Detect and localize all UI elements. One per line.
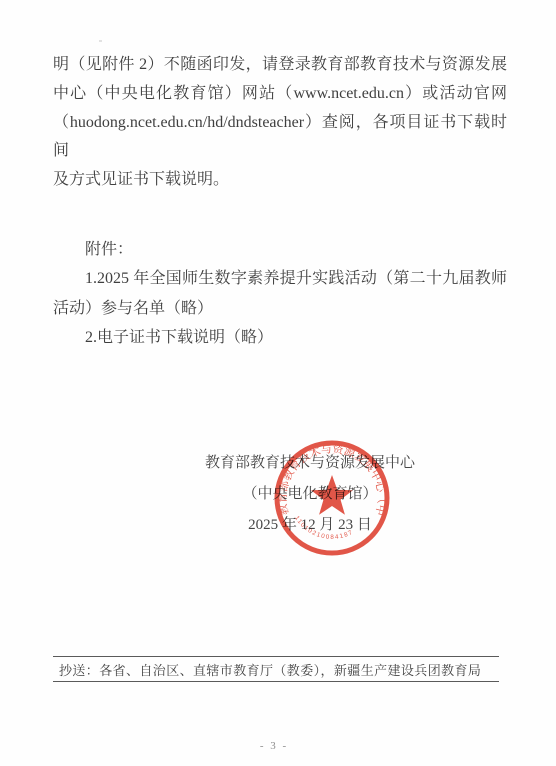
- body-line: （huodong.ncet.edu.cn/hd/dndsteacher）查阅，各…: [53, 109, 507, 167]
- body-paragraph: 明（见附件 2）不随函印发，请登录教育部教育技术与资源发展 中心（中央电化教育馆…: [53, 51, 507, 195]
- page-number: - 3 -: [0, 740, 548, 752]
- attachments-section: 附件： 1.2025 年全国师生数字素养提升实践活动（第二十九届教师 活动）参与…: [53, 235, 507, 353]
- attachment-item-1-line-2: 活动）参与名单（略）: [53, 294, 507, 323]
- body-line: 中心（中央电化教育馆）网站（www.ncet.edu.cn）或活动官网: [53, 80, 507, 109]
- body-line: 及方式见证书下载说明。: [53, 166, 507, 195]
- cc-text: 抄送：各省、自治区、直辖市教育厅（教委），新疆生产建设兵团教育局: [59, 660, 481, 679]
- document-page: 明（见附件 2）不随函印发，请登录教育部教育技术与资源发展 中心（中央电化教育馆…: [0, 0, 556, 766]
- attachment-item-2: 2.电子证书下载说明（略）: [53, 323, 507, 352]
- cc-line: 抄送：各省、自治区、直辖市教育厅（教委），新疆生产建设兵团教育局: [53, 656, 499, 682]
- attachments-heading: 附件：: [53, 235, 507, 264]
- body-line: 明（见附件 2）不随函印发，请登录教育部教育技术与资源发展: [53, 51, 507, 80]
- attachment-item-1-line-1: 1.2025 年全国师生数字素养提升实践活动（第二十九届教师: [53, 264, 507, 293]
- svg-text:11010210084187: 11010210084187: [293, 515, 355, 541]
- official-seal: 教育部教育技术与资源发展中心（中央电化教育馆） 11010210084187: [272, 438, 392, 558]
- seal-star-icon: [311, 475, 353, 515]
- scan-artifact: [99, 40, 102, 42]
- seal-code: 11010210084187: [293, 515, 355, 541]
